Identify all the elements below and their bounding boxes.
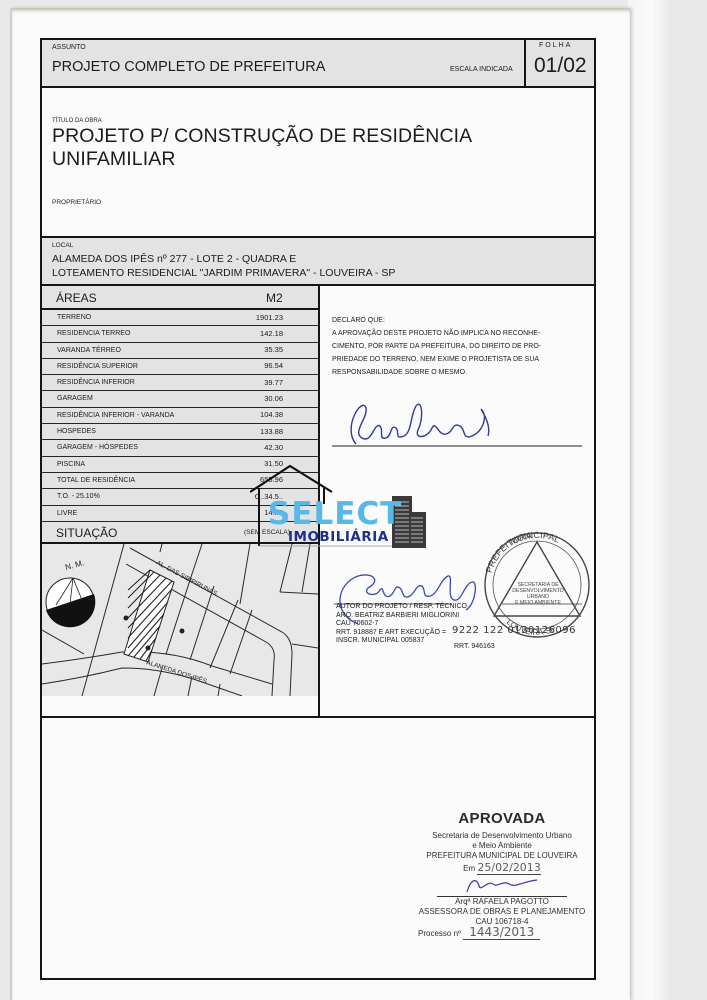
situation-map: N. M. AL. DAS SIBIPIRUNAS ALAMEDA DOS IP… <box>42 544 318 696</box>
approval-date-label: Em <box>463 864 475 873</box>
area-row: GARAGEM - HÓSPEDES42.30 <box>42 440 318 456</box>
approver-name: Arqª RAFAELA PAGOTTO <box>414 897 590 907</box>
divider <box>42 716 594 718</box>
proprietario-label: PROPRIETÁRIO <box>52 199 101 206</box>
area-name: RESIDÊNCIA SUPERIOR <box>57 363 138 370</box>
approval-title: APROVADA <box>414 810 590 827</box>
area-row: GARAGEM30.06 <box>42 391 318 407</box>
processo-number: 1443/2013 <box>463 925 540 940</box>
declaration: DECLARO QUE: A APROVAÇÃO DESTE PROJETO N… <box>332 314 582 379</box>
author-line: ARQ. BEATRIZ BARBIERI MIGLIORINI <box>336 612 467 621</box>
area-name: LIVRE <box>57 510 77 517</box>
art-number-handwritten: 9222 122 0130126096 <box>452 625 576 636</box>
rrt-number: RRT. 946163 <box>454 643 495 650</box>
area-row: TERRENO1901.23 <box>42 310 318 326</box>
area-name: RESIDÊNCIA INFERIOR <box>57 379 135 386</box>
area-name: GARAGEM - HÓSPEDES <box>57 444 138 451</box>
municipal-stamp: PREFEITURA MUNICIPAL LOUVEIRA-SP SECRETA… <box>482 530 592 640</box>
area-name: RESIDÊNCIA INFERIOR - VARANDA <box>57 412 174 419</box>
local-label: LOCAL <box>52 242 73 249</box>
area-value: 30.06 <box>264 394 283 403</box>
area-value: 39.77 <box>264 378 283 387</box>
areas-header-name: ÁREAS <box>56 291 97 305</box>
watermark-brand: SELECT <box>268 496 402 532</box>
header-assunto: ASSUNTO PROJETO COMPLETO DE PREFEITURA E… <box>42 40 594 86</box>
area-value: 35.35 <box>264 345 283 354</box>
declaration-line: A APROVAÇÃO DESTE PROJETO NÃO IMPLICA NO… <box>332 327 582 340</box>
approval-line: PREFEITURA MUNICIPAL DE LOUVEIRA <box>414 851 590 861</box>
area-value: 96.54 <box>264 361 283 370</box>
area-row: HOSPEDES133.88 <box>42 424 318 440</box>
approval-stamp: APROVADA Secretaria de Desenvolvimento U… <box>414 810 590 939</box>
approver-role: ASSESSORA DE OBRAS E PLANEJAMENTO <box>414 907 590 917</box>
area-row: RESIDÊNCIA INFERIOR - VARANDA104.38 <box>42 408 318 424</box>
folha-label: FOLHA <box>539 42 572 49</box>
titulo-obra: PROJETO P/ CONSTRUÇÃO DE RESIDÊNCIA UNIF… <box>52 125 594 171</box>
author-line: CAU 70602-7 <box>336 620 467 629</box>
declaration-title: DECLARO QUE: <box>332 314 582 327</box>
area-row: RESIDÊNCIA SUPERIOR96.54 <box>42 359 318 375</box>
area-value: 1901.23 <box>256 313 283 322</box>
folha-box: FOLHA 01/02 <box>524 40 596 86</box>
assunto-value: PROJETO COMPLETO DE PREFEITURA <box>52 59 325 75</box>
approval-line: e Meio Ambiente <box>414 841 590 851</box>
declaration-line: CIMENTO, POR PARTE DA PREFEITURA, DO DIR… <box>332 340 582 353</box>
area-value: 142.18 <box>260 329 283 338</box>
area-value: 133.88 <box>260 427 283 436</box>
titulo-label: TÍTULO DA OBRA <box>52 118 102 124</box>
approval-line: Secretaria de Desenvolvimento Urbano <box>414 831 590 841</box>
local-box: LOCAL ALAMEDA DOS IPÊS nº 277 - LOTE 2 -… <box>42 238 594 284</box>
area-name: RESIDENCIA TERREO <box>57 330 130 337</box>
owner-signature <box>332 388 592 454</box>
declaration-line: PRIEDADE DO TERRENO, NEM EXIME O PROJETI… <box>332 353 582 366</box>
title-block-frame: ASSUNTO PROJETO COMPLETO DE PREFEITURA E… <box>40 38 596 980</box>
declaration-line: RESPONSABILIDADE SOBRE O MESMO. <box>332 366 582 379</box>
processo-label: Processo nº <box>418 929 461 938</box>
assunto-label: ASSUNTO <box>52 44 86 51</box>
local-line-1: ALAMEDA DOS IPÊS nº 277 - LOTE 2 - QUADR… <box>52 253 296 265</box>
approval-date: 25/02/2013 <box>477 861 540 875</box>
area-row: RESIDÊNCIA INFERIOR39.77 <box>42 375 318 391</box>
local-line-2: LOTEAMENTO RESIDENCIAL "JARDIM PRIMAVERA… <box>52 267 395 279</box>
author-info: AUTOR DO PROJETO / RESP. TÉCNICOARQ. BEA… <box>336 603 467 646</box>
area-name: VARANDA TÉRREO <box>57 347 121 354</box>
area-name: HOSPEDES <box>57 428 96 435</box>
north-label: N. M. <box>64 558 85 572</box>
author-line: INSCR. MUNICIPAL 005837 <box>336 637 467 646</box>
areas-header: ÁREAS M2 <box>42 286 318 310</box>
area-name: GARAGEM <box>57 395 93 402</box>
situacao-title: SITUAÇÃO <box>56 526 117 540</box>
escala-label: ESCALA INDICADA <box>450 66 513 73</box>
folha-value: 01/02 <box>534 54 587 78</box>
area-name: TOTAL DE RESIDÊNCIA <box>57 477 135 484</box>
svg-text:E MEIO AMBIENTE: E MEIO AMBIENTE <box>515 600 561 606</box>
area-value: 42.30 <box>264 443 283 452</box>
approver-signature <box>457 874 547 896</box>
area-row: RESIDENCIA TERREO142.18 <box>42 326 318 342</box>
areas-header-unit: M2 <box>266 291 283 305</box>
watermark-sub: IMOBILIÁRIA <box>288 529 389 545</box>
author-line: RRT. 918887 e ART EXECUÇÃO = <box>336 629 467 638</box>
area-row: VARANDA TÉRREO35.35 <box>42 343 318 359</box>
area-name: TERRENO <box>57 314 91 321</box>
area-name: PISCINA <box>57 461 85 468</box>
area-name: T.O. - 25.10% <box>57 493 100 500</box>
area-value: 104.38 <box>260 410 283 419</box>
page-edge <box>628 0 668 1000</box>
divider <box>42 86 594 88</box>
author-line: AUTOR DO PROJETO / RESP. TÉCNICO <box>336 603 467 612</box>
